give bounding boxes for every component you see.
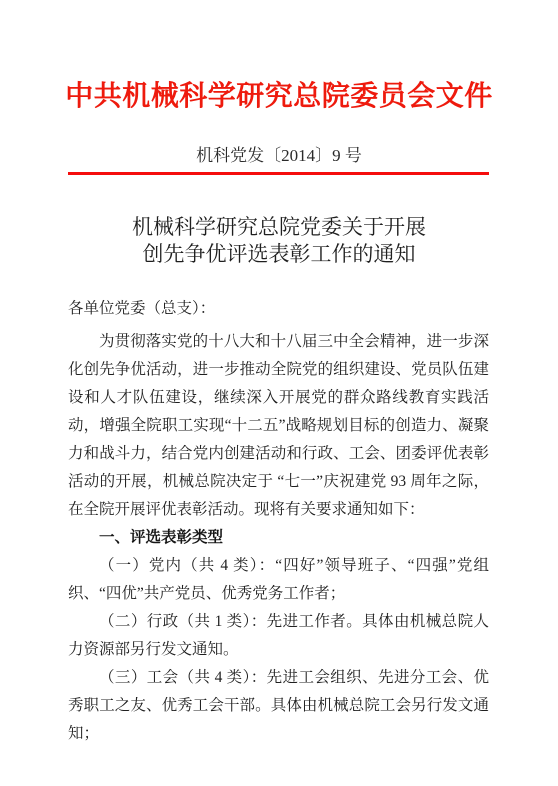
section-heading-1: 一、评选表彰类型 [68, 524, 489, 552]
list-item-3: （三）工会（共 4 类）：先进工会组织、先进分工会、优秀职工之友、优秀工会干部。… [68, 664, 489, 748]
document-title: 机械科学研究总院党委关于开展 创先争优评选表彰工作的通知 [0, 214, 558, 268]
paragraph-intro: 为贯彻落实党的十八大和十八届三中全会精神，进一步深化创先争优活动，进一步推动全院… [68, 328, 489, 524]
document-title-line1: 机械科学研究总院党委关于开展 [0, 214, 558, 241]
document-title-line2: 创先争优评选表彰工作的通知 [0, 241, 558, 268]
list-item-2: （二）行政（共 1 类）：先进工作者。具体由机械总院人力资源部另行发文通知。 [68, 608, 489, 664]
header-divider-line [68, 172, 489, 175]
document-org-title: 中共机械科学研究总院委员会文件 [0, 74, 558, 114]
salutation: 各单位党委（总支）： [68, 295, 489, 323]
list-item-1: （一）党内（共 4 类）：“四好”领导班子、“四强”党组织、“四优”共产党员、优… [68, 552, 489, 608]
document-body: 各单位党委（总支）： 为贯彻落实党的十八大和十八届三中全会精神，进一步深化创先争… [68, 295, 489, 748]
document-page: 中共机械科学研究总院委员会文件 机科党发〔2014〕9 号 机械科学研究总院党委… [0, 0, 558, 786]
document-number: 机科党发〔2014〕9 号 [0, 141, 558, 166]
